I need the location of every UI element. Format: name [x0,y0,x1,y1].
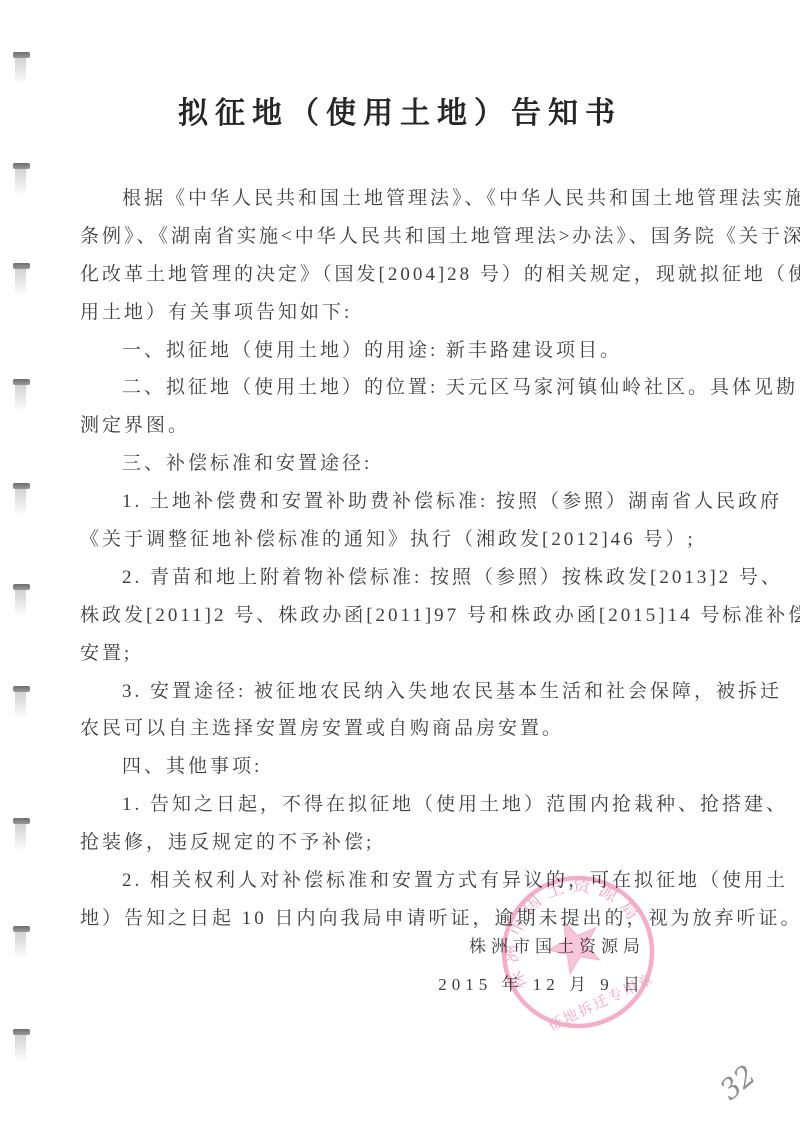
body-line: 农民可以自主选择安置房安置或自购商品房安置。 [80,710,720,748]
body-line: 二、拟征地（使用土地）的位置: 天元区马家河镇仙岭社区。具体见勘 [80,369,720,407]
body-line: 化改革土地管理的决定》（国发[2004]28 号）的相关规定，现就拟征地（使 [80,256,720,294]
scanned-document-page: 拟征地（使用土地）告知书 根据《中华人民共和国土地管理法》、《中华人民共和国土地… [0,0,800,1134]
document-body: 根据《中华人民共和国土地管理法》、《中华人民共和国土地管理法实施 条例》、《湖南… [80,180,720,938]
body-line: 株政发[2011]2 号、株政办函[2011]97 号和株政办函[2015]14… [80,597,720,635]
body-line: 抢装修，违反规定的不予补偿; [80,824,720,862]
binding-mark [13,926,30,960]
binding-mark [13,1029,30,1063]
official-seal-stamp: 株洲市国土资源局 征地拆迁专用章 [488,862,668,1042]
binding-mark [13,379,30,413]
binding-mark [13,818,30,852]
body-line: 《关于调整征地补偿标准的通知》执行（湘政发[2012]46 号）; [80,521,720,559]
binding-mark [13,686,30,720]
body-line: 四、其他事项: [80,748,720,786]
binding-mark [13,163,30,197]
binding-mark [13,483,30,517]
document-title: 拟征地（使用土地）告知书 [0,88,800,132]
seal-star-icon [541,911,608,977]
body-line: 根据《中华人民共和国土地管理法》、《中华人民共和国土地管理法实施 [80,180,720,218]
body-line: 一、拟征地（使用土地）的用途: 新丰路建设项目。 [80,332,720,370]
handwritten-page-number: 32 [714,1058,763,1106]
body-line: 1. 土地补偿费和安置补助费补偿标准: 按照（参照）湖南省人民政府 [80,483,720,521]
body-line: 用土地）有关事项告知如下: [80,294,720,332]
binding-mark [13,263,30,297]
body-line: 测定界图。 [80,407,720,445]
binding-mark [13,584,30,618]
binding-mark [13,52,30,86]
seal-banner-text: 征地拆迁专用章 [545,969,657,1034]
body-line: 三、补偿标准和安置途径: [80,445,720,483]
body-line: 安置; [80,635,720,673]
body-line: 3. 安置途径: 被征地农民纳入失地农民基本生活和社会保障，被拆迁 [80,673,720,711]
body-line: 2. 青苗和地上附着物补偿标准: 按照（参照）按株政发[2013]2 号、 [80,559,720,597]
body-line: 1. 告知之日起，不得在拟征地（使用土地）范围内抢栽种、抢搭建、 [80,786,720,824]
body-line: 条例》、《湖南省实施<中华人民共和国土地管理法>办法》、国务院《关于深 [80,218,720,256]
